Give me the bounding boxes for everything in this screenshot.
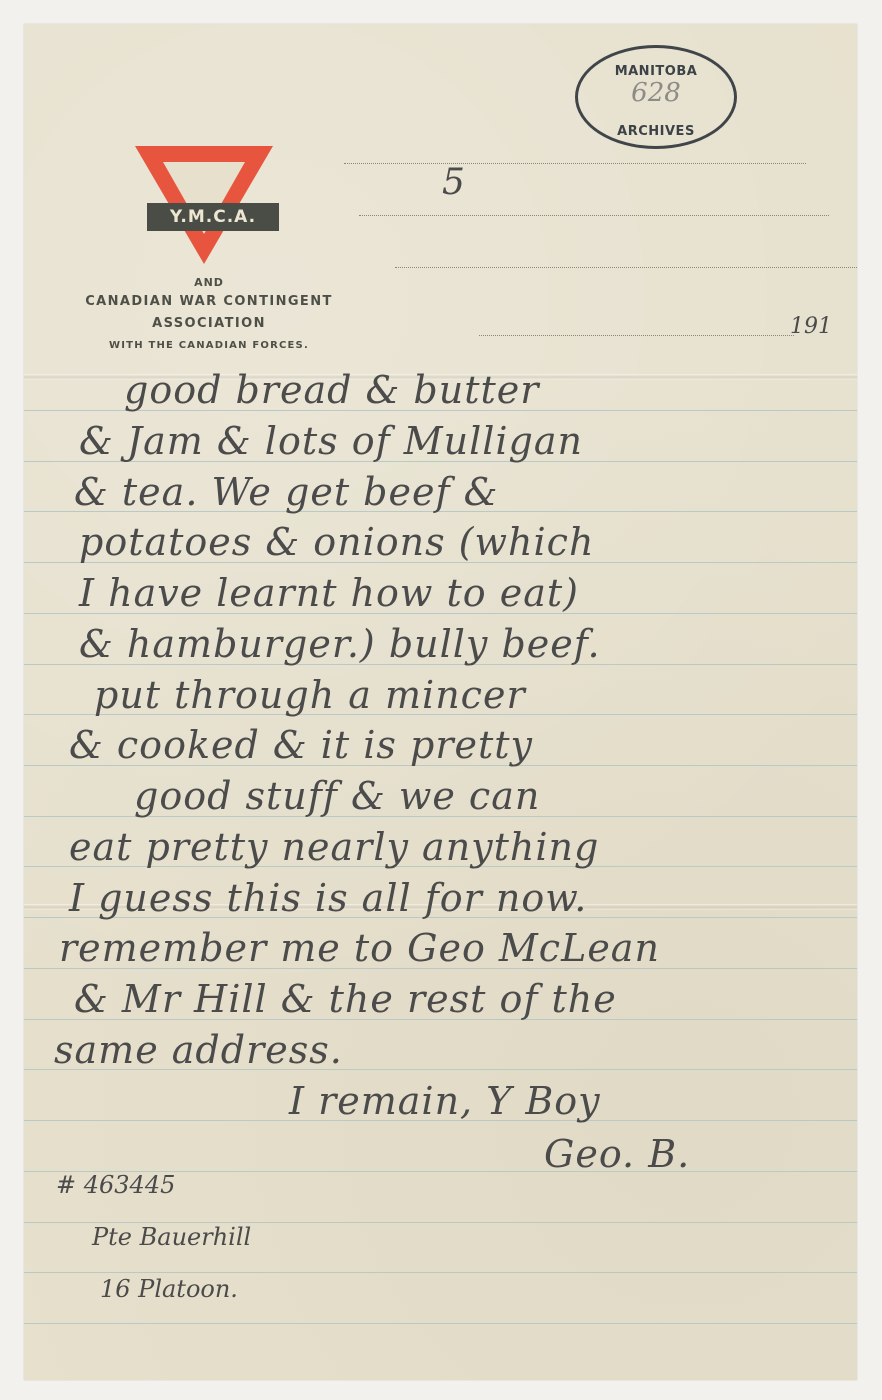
letter-paper: Y.M.C.A. AND CANADIAN WAR CONTINGENT ASS…	[24, 24, 857, 1380]
body-line: & hamburger.) bully beef.	[79, 622, 601, 666]
date-dotted-line	[479, 335, 794, 336]
address-dotted-line	[344, 163, 806, 164]
page-number: 5	[442, 162, 465, 203]
stamp-number: 628	[578, 78, 734, 108]
ymca-logo-text: Y.M.C.A.	[147, 203, 279, 231]
address-dotted-line	[359, 215, 829, 216]
body-line: potatoes & onions (which	[79, 520, 594, 564]
letterhead-org-line-2: ASSOCIATION	[44, 316, 374, 331]
ruled-line	[24, 1323, 857, 1324]
signature: Geo. B.	[544, 1132, 690, 1176]
body-line: & cooked & it is pretty	[69, 723, 533, 767]
body-line: good stuff & we can	[134, 774, 540, 818]
body-line: remember me to Geo McLean	[59, 926, 660, 970]
ruled-line	[24, 1272, 857, 1273]
stamp-top-text: MANITOBA	[578, 64, 734, 79]
address-dotted-line	[395, 267, 857, 268]
letterhead-org-line-1: CANADIAN WAR CONTINGENT	[44, 294, 374, 309]
body-line: & Mr Hill & the rest of the	[74, 977, 617, 1021]
manitoba-archives-stamp: MANITOBA 628 ARCHIVES	[575, 45, 737, 149]
body-line: & Jam & lots of Mulligan	[79, 419, 583, 463]
soldier-name: Pte Bauerhill	[92, 1223, 251, 1251]
stamp-bottom-text: ARCHIVES	[578, 124, 734, 139]
letterhead-org-line-3: WITH THE CANADIAN FORCES.	[44, 340, 374, 351]
body-line: I have learnt how to eat)	[79, 571, 579, 615]
service-number: # 463445	[56, 1171, 175, 1199]
letterhead-and: AND	[44, 276, 374, 289]
body-line: I guess this is all for now.	[69, 876, 587, 920]
body-line: good bread & butter	[124, 368, 539, 412]
closing-text: I remain, Y Boy	[289, 1079, 601, 1123]
platoon: 16 Platoon.	[100, 1275, 238, 1303]
body-line: put through a mincer	[94, 673, 526, 717]
body-line: & tea. We get beef &	[74, 470, 498, 514]
body-line: eat pretty nearly anything	[69, 825, 599, 869]
date-year-prefix: 191	[790, 314, 832, 339]
body-line: same address.	[54, 1028, 343, 1072]
